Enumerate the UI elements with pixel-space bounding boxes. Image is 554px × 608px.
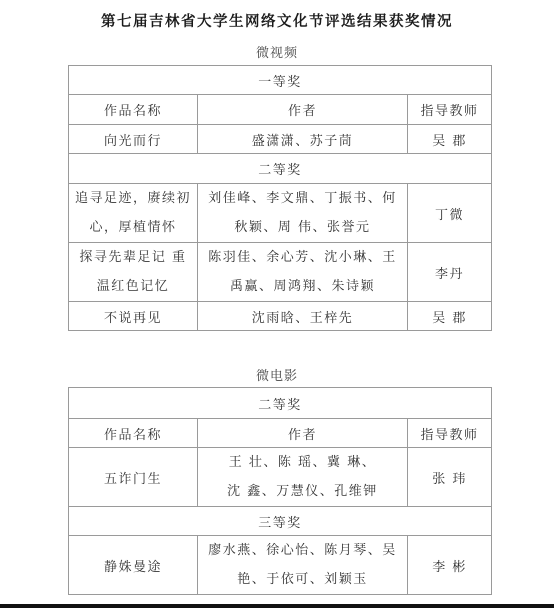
authors-line: 艳、于依可、刘颖玉 (201, 565, 404, 594)
work-name-line: 温红色记忆 (72, 272, 194, 301)
column-header-work: 作品名称 (69, 95, 198, 125)
advisor: 吴 郡 (408, 302, 492, 331)
table-row: 静姝曼途 廖水燕、徐心怡、陈月琴、吴 艳、于依可、刘颖玉 李 彬 (69, 536, 492, 595)
header-row: 作品名称 作者 指导教师 (69, 95, 492, 125)
advisor: 李 彬 (408, 536, 492, 595)
advisor: 吴 郡 (408, 125, 492, 154)
page-title: 第七届吉林省大学生网络文化节评选结果获奖情况 (0, 10, 554, 31)
award-row: 二等奖 (69, 154, 492, 184)
authors-line: 沈 鑫、万慧仪、孔维钾 (201, 477, 404, 506)
section-label-micro-video: 微视频 (0, 42, 554, 61)
column-header-authors: 作者 (198, 95, 408, 125)
authors-line: 王 壮、陈 瑶、冀 琳、 (201, 448, 404, 477)
section-label-micro-film: 微电影 (0, 365, 554, 384)
work-name: 追寻足迹，赓续初 心，厚植情怀 (69, 184, 198, 243)
authors: 廖水燕、徐心怡、陈月琴、吴 艳、于依可、刘颖玉 (198, 536, 408, 595)
authors-line: 陈羽佳、余心芳、沈小琳、王 (201, 243, 404, 272)
award-level: 二等奖 (69, 388, 492, 419)
column-header-advisor: 指导教师 (408, 95, 492, 125)
award-row: 二等奖 (69, 388, 492, 419)
work-name-line: 探寻先辈足记 重 (72, 243, 194, 272)
award-level: 一等奖 (69, 66, 492, 95)
advisor: 丁微 (408, 184, 492, 243)
column-header-authors: 作者 (198, 419, 408, 448)
micro-film-table: 二等奖 作品名称 作者 指导教师 五诈门生 王 壮、陈 瑶、冀 琳、 沈 鑫、万… (68, 387, 492, 595)
table-row: 向光而行 盛潇潇、苏子茼 吴 郡 (69, 125, 492, 154)
micro-video-table: 一等奖 作品名称 作者 指导教师 向光而行 盛潇潇、苏子茼 吴 郡 二等奖 追寻… (68, 65, 492, 331)
award-row: 一等奖 (69, 66, 492, 95)
advisor: 李丹 (408, 243, 492, 302)
authors: 王 壮、陈 瑶、冀 琳、 沈 鑫、万慧仪、孔维钾 (198, 448, 408, 507)
authors: 陈羽佳、余心芳、沈小琳、王 禹赢、周鸿翔、朱诗颖 (198, 243, 408, 302)
work-name: 五诈门生 (69, 448, 198, 507)
authors-line: 禹赢、周鸿翔、朱诗颖 (201, 272, 404, 301)
header-row: 作品名称 作者 指导教师 (69, 419, 492, 448)
authors: 盛潇潇、苏子茼 (198, 125, 408, 154)
table-row: 不说再见 沈雨晗、王梓先 吴 郡 (69, 302, 492, 331)
work-name: 向光而行 (69, 125, 198, 154)
column-header-work: 作品名称 (69, 419, 198, 448)
table-row: 五诈门生 王 壮、陈 瑶、冀 琳、 沈 鑫、万慧仪、孔维钾 张 玮 (69, 448, 492, 507)
work-name: 不说再见 (69, 302, 198, 331)
award-level: 二等奖 (69, 154, 492, 184)
authors-line: 秋颖、周 伟、张誉元 (201, 213, 404, 242)
award-row: 三等奖 (69, 507, 492, 536)
work-name: 静姝曼途 (69, 536, 198, 595)
award-level: 三等奖 (69, 507, 492, 536)
column-header-advisor: 指导教师 (408, 419, 492, 448)
authors: 刘佳峰、李文鼎、丁振书、何 秋颖、周 伟、张誉元 (198, 184, 408, 243)
table-row: 追寻足迹，赓续初 心，厚植情怀 刘佳峰、李文鼎、丁振书、何 秋颖、周 伟、张誉元… (69, 184, 492, 243)
work-name-line: 追寻足迹，赓续初 (72, 184, 194, 213)
advisor: 张 玮 (408, 448, 492, 507)
authors-line: 刘佳峰、李文鼎、丁振书、何 (201, 184, 404, 213)
authors-line: 廖水燕、徐心怡、陈月琴、吴 (201, 536, 404, 565)
work-name: 探寻先辈足记 重 温红色记忆 (69, 243, 198, 302)
table-row: 探寻先辈足记 重 温红色记忆 陈羽佳、余心芳、沈小琳、王 禹赢、周鸿翔、朱诗颖 … (69, 243, 492, 302)
authors: 沈雨晗、王梓先 (198, 302, 408, 331)
bottom-divider (0, 604, 554, 608)
work-name-line: 心，厚植情怀 (72, 213, 194, 242)
